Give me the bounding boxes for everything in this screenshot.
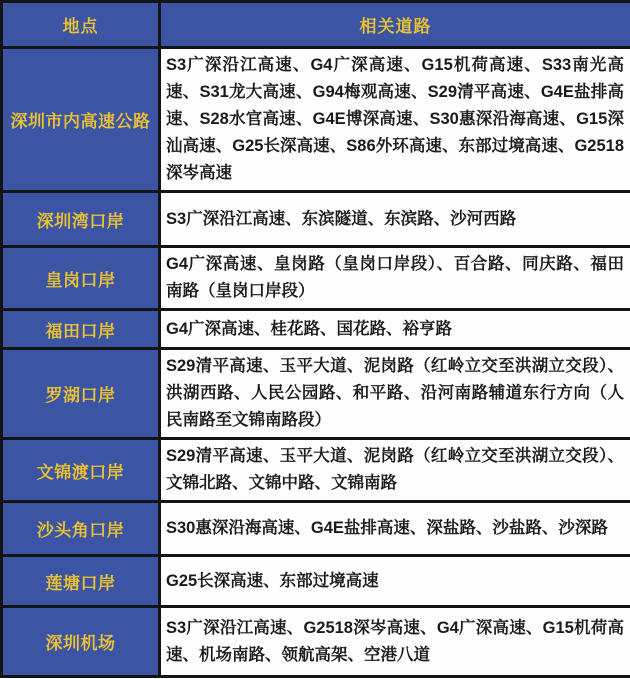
roads-cell: S30惠深沿海高速、G4E盐排高速、深盐路、沙盐路、沙深路: [160, 502, 630, 556]
table-row: 莲塘口岸 G25长深高速、东部过境高速: [2, 556, 630, 607]
table-row: 沙头角口岸 S30惠深沿海高速、G4E盐排高速、深盐路、沙盐路、沙深路: [2, 502, 630, 556]
header-roads: 相关道路: [160, 2, 630, 48]
table-row: 深圳机场 S3广深沿江高速、G2518深岑高速、G4广深高速、G15机荷高速、机…: [2, 607, 630, 677]
location-cell: 深圳市内高速公路: [2, 48, 160, 192]
roads-cell: G25长深高速、东部过境高速: [160, 556, 630, 607]
table-row: 罗湖口岸 S29清平高速、玉平大道、泥岗路（红岭立交至洪湖立交段）、洪湖西路、人…: [2, 349, 630, 439]
table-row: 皇岗口岸 G4广深高速、皇岗路（皇岗口岸段）、百合路、同庆路、福田南路（皇岗口岸…: [2, 247, 630, 310]
roads-cell: G4广深高速、桂花路、国花路、裕亨路: [160, 310, 630, 349]
table-row: 文锦渡口岸 S29清平高速、玉平大道、泥岗路（红岭立交至洪湖立交段）、文锦北路、…: [2, 439, 630, 502]
roads-cell: S3广深沿江高速、东滨隧道、东滨路、沙河西路: [160, 192, 630, 247]
roads-cell: S29清平高速、玉平大道、泥岗路（红岭立交至洪湖立交段）、洪湖西路、人民公园路、…: [160, 349, 630, 439]
screenshot-root: 地点 相关道路 深圳市内高速公路 S3广深沿江高速、G4广深高速、G15机荷高速…: [0, 0, 630, 679]
table-row: 深圳市内高速公路 S3广深沿江高速、G4广深高速、G15机荷高速、S33南光高速…: [2, 48, 630, 192]
location-cell: 罗湖口岸: [2, 349, 160, 439]
location-cell: 福田口岸: [2, 310, 160, 349]
location-cell: 沙头角口岸: [2, 502, 160, 556]
roads-table: 地点 相关道路 深圳市内高速公路 S3广深沿江高速、G4广深高速、G15机荷高速…: [0, 0, 630, 678]
roads-cell: G4广深高速、皇岗路（皇岗口岸段）、百合路、同庆路、福田南路（皇岗口岸段）: [160, 247, 630, 310]
table-header-row: 地点 相关道路: [2, 2, 630, 48]
table-row: 深圳湾口岸 S3广深沿江高速、东滨隧道、东滨路、沙河西路: [2, 192, 630, 247]
table-row: 福田口岸 G4广深高速、桂花路、国花路、裕亨路: [2, 310, 630, 349]
location-cell: 莲塘口岸: [2, 556, 160, 607]
location-cell: 文锦渡口岸: [2, 439, 160, 502]
roads-cell: S29清平高速、玉平大道、泥岗路（红岭立交至洪湖立交段）、文锦北路、文锦中路、文…: [160, 439, 630, 502]
roads-cell: S3广深沿江高速、G2518深岑高速、G4广深高速、G15机荷高速、机场南路、领…: [160, 607, 630, 677]
location-cell: 深圳机场: [2, 607, 160, 677]
location-cell: 深圳湾口岸: [2, 192, 160, 247]
location-cell: 皇岗口岸: [2, 247, 160, 310]
roads-cell: S3广深沿江高速、G4广深高速、G15机荷高速、S33南光高速、S31龙大高速、…: [160, 48, 630, 192]
header-location: 地点: [2, 2, 160, 48]
